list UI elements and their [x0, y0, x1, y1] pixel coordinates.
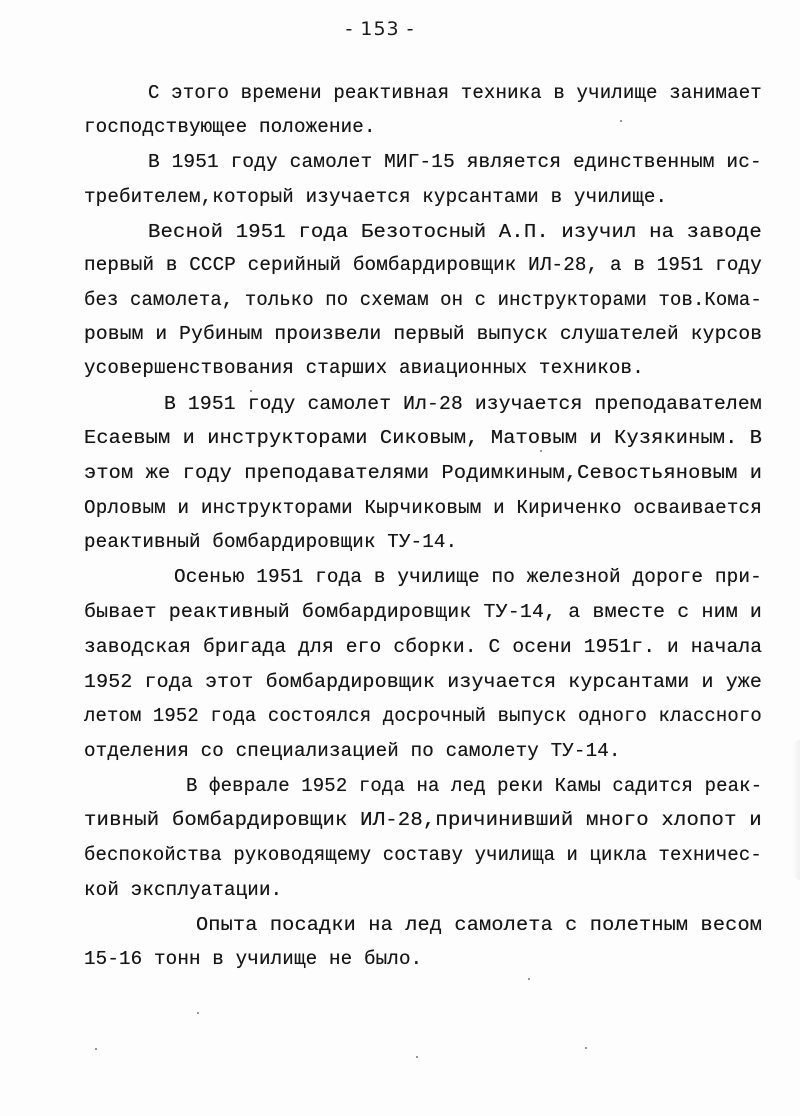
text-line: господствующее положение.: [84, 116, 376, 138]
text-line: 1952 года этот бомбардировщик изучается …: [84, 671, 762, 693]
text-line: без самолета, только по схемам он с инст…: [84, 289, 762, 311]
text-line: В феврале 1952 года на лед реки Камы сад…: [186, 775, 762, 797]
text-line: летом 1952 года состоялся досрочный выпу…: [84, 705, 762, 727]
text-line: ровым и Рубиным произвели первый выпуск …: [84, 323, 762, 345]
paper-speck: [416, 1056, 418, 1058]
text-line: первый в СССР серийный бомбардировщик ИЛ…: [84, 254, 762, 276]
page-edge-shadow: [792, 740, 800, 880]
paper-speck: [197, 1012, 199, 1014]
paper-speck: [585, 1047, 587, 1049]
paper-speck: [540, 450, 542, 452]
text-line: В 1951 году самолет Ил-28 изучается преп…: [164, 393, 762, 415]
text-line: требителем,который изучается курсантами …: [84, 186, 667, 208]
text-line: заводская бригада для его сборки. С осен…: [84, 636, 762, 658]
text-line: отделения со специализацией по самолету …: [84, 740, 621, 762]
text-line: Орловым и инструкторами Кырчиковым и Кир…: [84, 497, 762, 519]
text-line: 15-16 тонн в училище не было.: [84, 948, 422, 970]
document-page: - 153 - С этого времени реактивная техни…: [0, 0, 800, 1116]
text-line: Есаевым и инструкторами Сиковым, Матовым…: [84, 427, 762, 449]
text-line: Весной 1951 года Безотосный А.П. изучил …: [148, 221, 762, 243]
paper-speck: [528, 978, 530, 980]
paper-speck: [620, 120, 622, 122]
text-line: Осенью 1951 года в училище по железной д…: [174, 566, 762, 588]
text-line: тивный бомбардировщик ИЛ-28,причинивший …: [84, 809, 762, 831]
paper-speck: [95, 1048, 97, 1050]
text-line: этом же году преподавателями Родимкиным,…: [84, 462, 762, 484]
text-line: Опыта посадки на лед самолета с полетным…: [196, 914, 762, 936]
text-line: В 1951 году самолет МИГ-15 является един…: [148, 151, 762, 173]
page-number: - 153 -: [0, 18, 760, 40]
text-line: С этого времени реактивная техника в учи…: [148, 82, 762, 104]
text-line: беспокойства руководящему составу училищ…: [84, 844, 762, 866]
text-line: бывает реактивный бомбардировщик ТУ-14, …: [84, 601, 762, 623]
paper-speck: [250, 390, 252, 392]
text-line: кой эксплуатации.: [84, 879, 282, 901]
text-line: усовершенствования старших авиационных т…: [84, 357, 644, 379]
text-line: реактивный бомбардировщик ТУ-14.: [84, 531, 457, 553]
